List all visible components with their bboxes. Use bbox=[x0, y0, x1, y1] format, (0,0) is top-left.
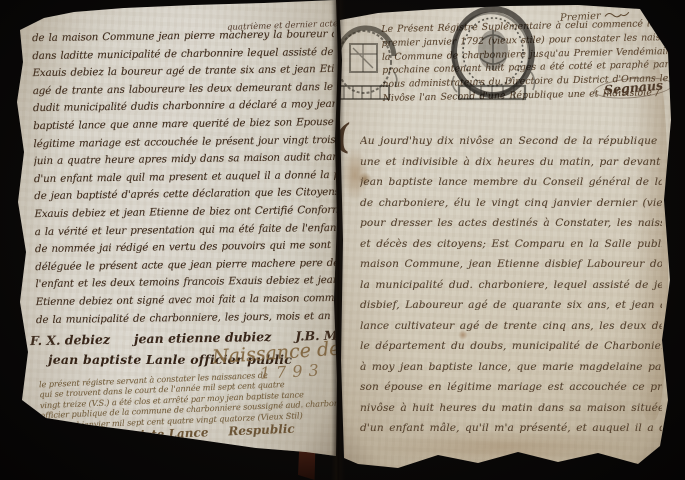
manuscript-line: Au jourd'huy dix nivôse an Second de la … bbox=[360, 131, 662, 152]
manuscript-line: son épouse en légitime mariage est accou… bbox=[360, 377, 662, 398]
right-page: Premier Le Présent Régistre Suplémentair… bbox=[338, 0, 674, 476]
right-page-act-text: Au jourd'huy dix nivôse an Second de la … bbox=[360, 131, 662, 439]
closing-signature: jean baptiste Lance bbox=[77, 425, 209, 444]
closing-flourish-mark: Respublic bbox=[228, 422, 295, 439]
manuscript-line: de la municipalité de charbonniere, les … bbox=[36, 307, 338, 329]
manuscript-line: maison Commune, jean Etienne disbief Lab… bbox=[360, 254, 662, 275]
signature-debiez: F. X. debiez bbox=[30, 332, 110, 348]
manuscript-line: la municipalité dud. charboniere, lequel… bbox=[360, 275, 662, 296]
manuscript-line: disbief, Laboureur agé de quarante six a… bbox=[360, 295, 662, 316]
manuscript-line: de charboniere, élu le vingt cinq janvie… bbox=[360, 193, 662, 214]
left-page: quatrième et dernier acte de la maison C… bbox=[14, 0, 340, 462]
witness-signatures: F. X. debiez jean etienne dubiez J.B. Ma… bbox=[30, 327, 392, 348]
manuscript-line: jean baptiste lance membre du Conseil gé… bbox=[360, 172, 662, 193]
manuscript-scan: quatrième et dernier acte de la maison C… bbox=[0, 0, 685, 480]
manuscript-line: une et indivisible à dix heures du matin… bbox=[360, 152, 662, 173]
manuscript-line: à moy jean baptiste lance, que marie mag… bbox=[360, 357, 662, 378]
naissance-overlay-year: 1793 bbox=[260, 360, 326, 382]
manuscript-line: le département du doubs, municipalité de… bbox=[360, 336, 662, 357]
manuscript-line: lance cultivateur agé de trente cinq ans… bbox=[360, 316, 662, 337]
manuscript-line: d'un enfant mâle, qu'il m'a présenté, et… bbox=[360, 418, 662, 439]
manuscript-line: pour dresser les actes destinés à Consta… bbox=[360, 213, 662, 234]
left-page-act-text: de la maison Commune jean pierre machere… bbox=[32, 26, 338, 329]
manuscript-line: nivôse à huit heures du matin dans sa ma… bbox=[360, 398, 662, 419]
manuscript-line: et décès des citoyens; Est Comparu en la… bbox=[360, 234, 662, 255]
